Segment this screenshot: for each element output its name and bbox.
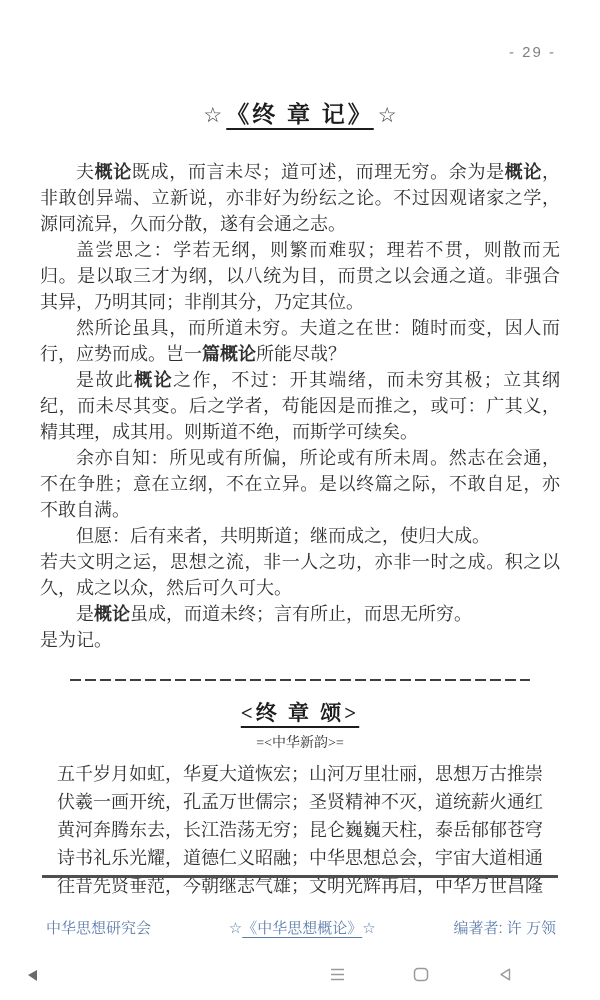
paragraph: 是为记。 xyxy=(40,627,560,653)
ode-line: 黄河奔腾东去，长江浩荡无穷；昆仑巍巍天柱，泰岳郁郁苍穹 xyxy=(0,816,600,844)
paragraph: 夫概论既成，而言未尽；道可述，而理无穷。余为是概论，非敢创异端、立新说，亦非好为… xyxy=(40,159,560,237)
ode-lines: 五千岁月如虹，华夏大道恢宏；山河万里壮丽，思想万古推崇伏羲一画开统，孔孟万世儒宗… xyxy=(0,760,600,900)
section-separator xyxy=(70,679,530,681)
page-footer: 中华思想研究会 ☆《中华思想概论》☆ 编著者: 许 万领 xyxy=(46,917,556,938)
footer-book-title: ☆《中华思想概论》☆ xyxy=(229,917,376,938)
paragraph: 是故此概论之作，不过：开其端绪，而未穷其极；立其纲纪，而未尽其变。后之学者，苟能… xyxy=(40,367,560,445)
page-number: - 29 - xyxy=(509,44,556,61)
footer-book-title-text: 《中华思想概论》 xyxy=(242,920,362,937)
chapter-title-text: 《终 章 记》 xyxy=(226,102,374,127)
ode-title-text: <终 章 颂> xyxy=(241,701,359,725)
ode-title: <终 章 颂> xyxy=(0,697,600,727)
paragraph: 是概论虽成，而道未终；言有所止，而思无所穷。 xyxy=(40,601,560,627)
paragraph: 然所论虽具，而所道未穷。夫道之在世：随时而变，因人而行，应势而成。岂一篇概论所能… xyxy=(40,315,560,367)
ode-line: 五千岁月如虹，华夏大道恢宏；山河万里壮丽，思想万古推崇 xyxy=(0,760,600,788)
star-icon: ☆ xyxy=(374,103,401,127)
ode-line: 伏羲一画开统，孔孟万世儒宗；圣贤精神不灭，道统薪火通红 xyxy=(0,788,600,816)
menu-icon[interactable] xyxy=(329,967,346,987)
star-icon: ☆ xyxy=(229,920,242,937)
star-icon: ☆ xyxy=(362,920,375,937)
paragraph: 但愿：后有来者，共明斯道；继而成之，使归大成。 xyxy=(40,523,560,549)
footer-author: 编著者: 许 万领 xyxy=(453,917,556,938)
page-back-arrow-icon[interactable] xyxy=(28,970,37,981)
ode-line: 诗书礼乐光耀，道德仁义昭融；中华思想总会，宇宙大道相通 xyxy=(0,844,600,872)
paragraph: 若夫文明之运，思想之流，非一人之功，亦非一时之成。积之以久，成之以众，然后可久可… xyxy=(40,549,560,601)
back-triangle-icon[interactable] xyxy=(497,967,513,987)
footer-society: 中华思想研究会 xyxy=(46,917,151,938)
paragraph: 盖尝思之：学若无纲，则繁而难驭；理若不贯，则散而无归。是以取三才为纲，以八统为目… xyxy=(40,237,560,315)
chapter-title: ☆《终 章 记》☆ xyxy=(0,96,600,129)
home-square-icon[interactable] xyxy=(413,967,429,987)
footer-rule xyxy=(42,875,558,878)
star-icon: ☆ xyxy=(199,103,226,127)
paragraph: 余亦自知：所见或有所偏，所论或有所未周。然志在会通，不在争胜；意在立纲，不在立异… xyxy=(40,445,560,523)
ode-subtitle: =<中华新韵>= xyxy=(0,732,600,752)
article-paragraphs: 夫概论既成，而言未尽；道可述，而理无穷。余为是概论，非敢创异端、立新说，亦非好为… xyxy=(40,159,560,653)
